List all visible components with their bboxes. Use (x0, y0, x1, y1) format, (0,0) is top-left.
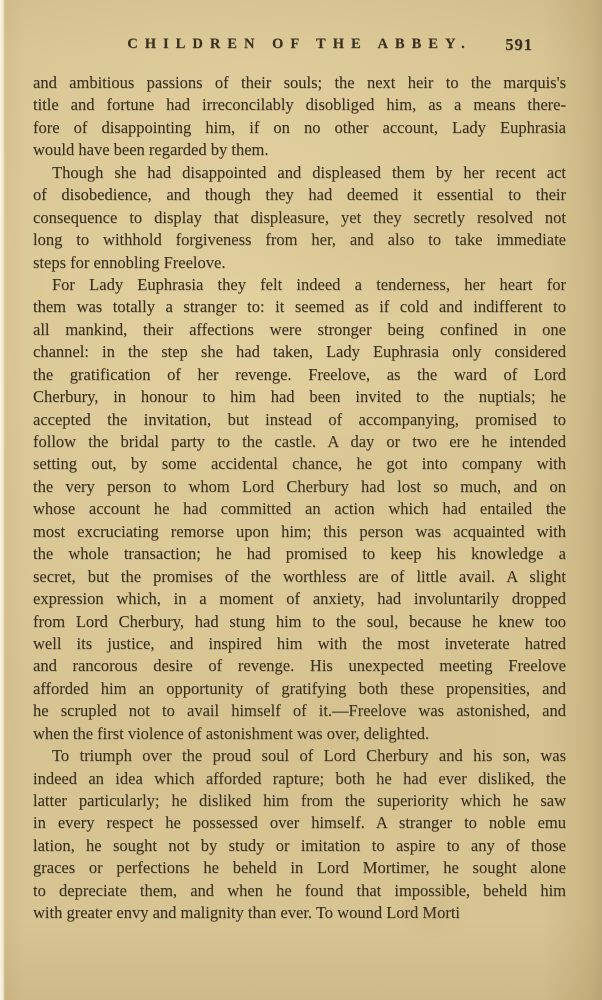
text-line: well its justice, and inspired him with … (33, 633, 566, 655)
page-left-edge (0, 0, 5, 1000)
paragraph: For Lady Euphrasia they felt indeed a te… (33, 274, 566, 745)
text-line: afforded him an opportunity of gratifyin… (33, 678, 566, 700)
text-line: in every respect he possessed over himse… (33, 812, 566, 834)
text-line: to depreciate them, and when he found th… (33, 880, 566, 902)
text-line: Though she had disappointed and displeas… (33, 162, 566, 184)
text-line: and rancorous desire of revenge. His une… (33, 655, 566, 677)
text-line: the whole transaction; he had promised t… (33, 543, 566, 565)
text-line: title and fortune had irreconcilably dis… (33, 94, 566, 116)
text-line: all mankind, their affections were stron… (33, 319, 566, 341)
text-line: To triumph over the proud soul of Lord C… (33, 745, 566, 767)
text-line: channel: in the step she had taken, Lady… (33, 341, 566, 363)
text-line: long to withhold forgiveness from her, a… (33, 229, 566, 251)
text-line: them was totally a stranger to: it seeme… (33, 296, 566, 318)
page-header: CHILDREN OF THE ABBEY. 591 (33, 36, 566, 60)
text-line: secret, but the promises of the worthles… (33, 566, 566, 588)
paragraph: Though she had disappointed and displeas… (33, 162, 566, 274)
text-line: and ambitious passions of their souls; t… (33, 72, 566, 94)
text-line: of disobedience, and though they had dee… (33, 184, 566, 206)
paragraph: and ambitious passions of their souls; t… (33, 72, 566, 162)
text-line: graces or perfections he beheld in Lord … (33, 857, 566, 879)
text-line: he scrupled not to avail himself of it.—… (33, 700, 566, 722)
text-line: follow the bridal party to the castle. A… (33, 431, 566, 453)
text-line: consequence to display that displeasure,… (33, 207, 566, 229)
text-line: fore of disappointing him, if on no othe… (33, 117, 566, 139)
paragraph: To triumph over the proud soul of Lord C… (33, 745, 566, 925)
text-line: would have been regarded by them. (33, 139, 566, 161)
text-line: with greater envy and malignity than eve… (33, 902, 566, 924)
text-line: lation, he sought not by study or imitat… (33, 835, 566, 857)
text-line: most excruciating remorse upon him; this… (33, 521, 566, 543)
text-line: whose account he had committed an action… (33, 498, 566, 520)
text-line: For Lady Euphrasia they felt indeed a te… (33, 274, 566, 296)
text-line: when the first violence of astonishment … (33, 723, 566, 745)
text-line: Cherbury, in honour to him had been invi… (33, 386, 566, 408)
text-line: the very person to whom Lord Cherbury ha… (33, 476, 566, 498)
scanned-book-page: { "header": { "title": "CHILDREN OF THE … (0, 0, 602, 1000)
book-page: CHILDREN OF THE ABBEY. 591 and ambitious… (0, 0, 602, 1000)
text-line: steps for ennobling Freelove. (33, 252, 566, 274)
text-line: accepted the invitation, but instead of … (33, 409, 566, 431)
text-line: expression which, in a moment of anxiety… (33, 588, 566, 610)
text-line: latter particularly; he disliked him fro… (33, 790, 566, 812)
text-line: the gratification of her revenge. Freelo… (33, 364, 566, 386)
text-line: setting out, by some accidental chance, … (33, 453, 566, 475)
text-line: indeed an idea which afforded rapture; b… (33, 768, 566, 790)
text-line: from Lord Cherbury, had stung him to the… (33, 611, 566, 633)
page-text: and ambitious passions of their souls; t… (33, 72, 566, 925)
page-number: 591 (505, 35, 533, 55)
running-header-title: CHILDREN OF THE ABBEY. (33, 36, 566, 53)
